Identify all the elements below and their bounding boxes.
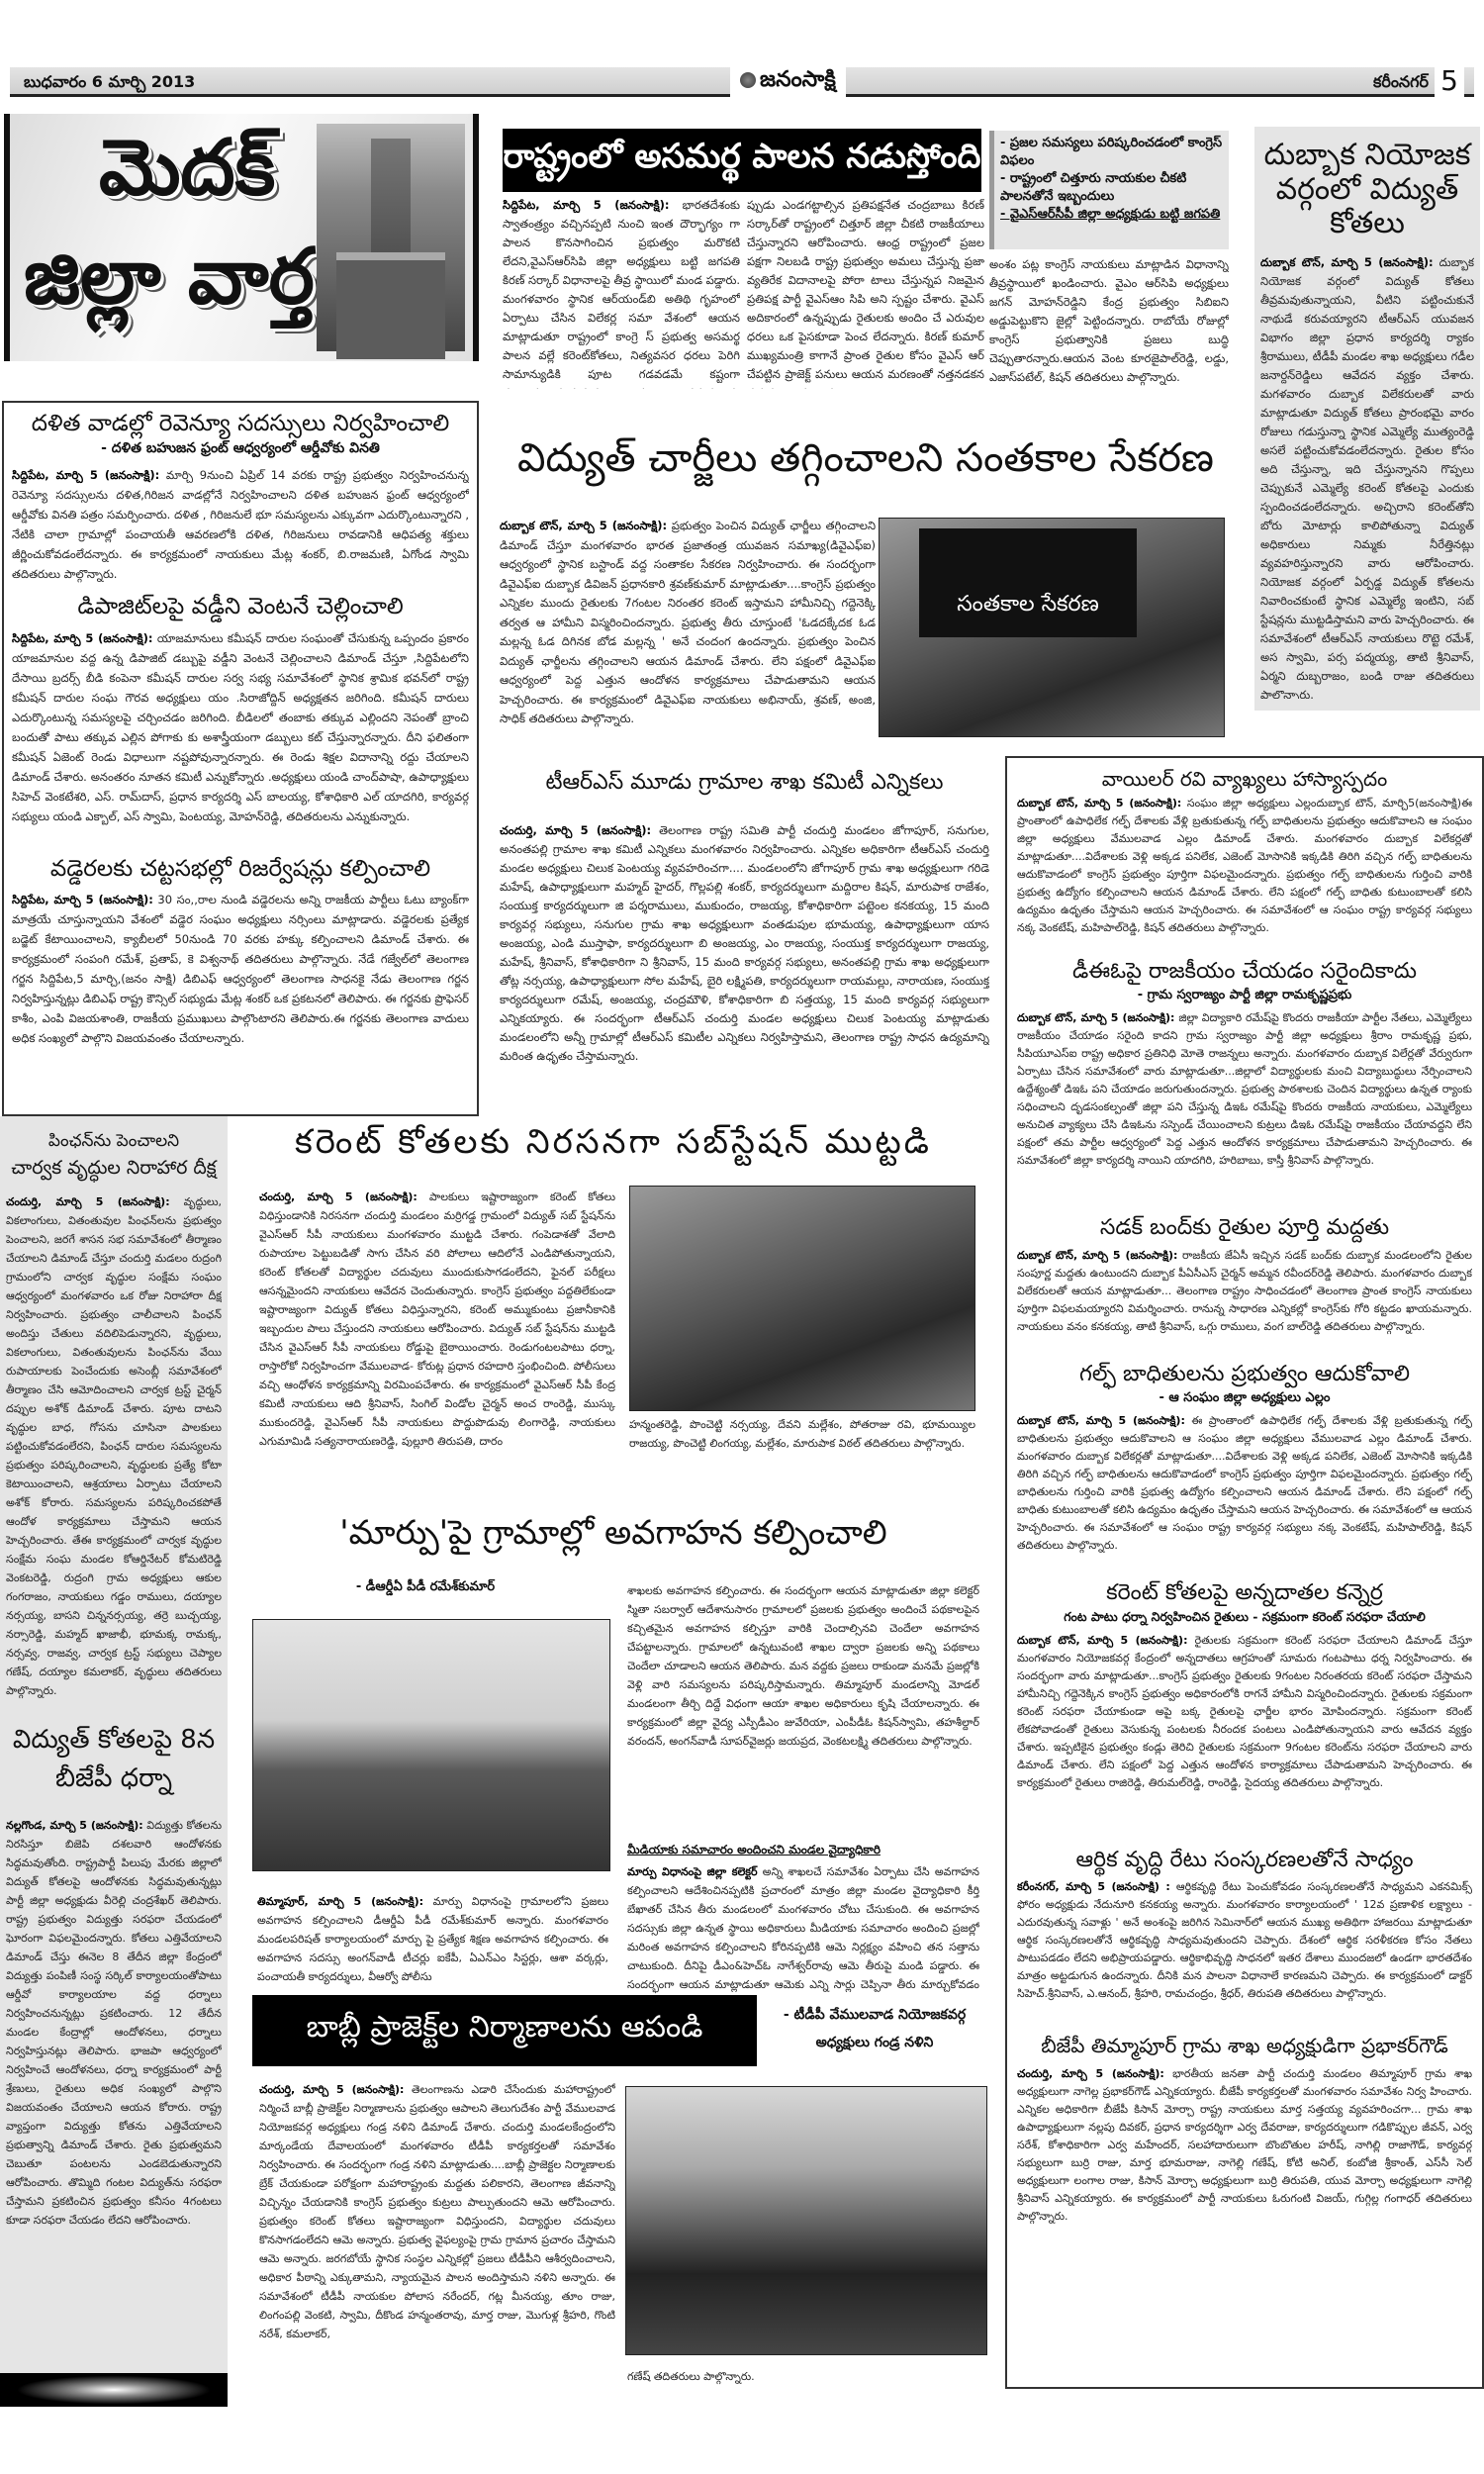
headline-a6: విద్యుత్ చార్జీలు తగ్గించాలని సంతకాల సేక… <box>500 435 1232 481</box>
headline-a5: వడ్డెరలకు చట్టసభల్లో రిజర్వేషన్లు కల్పిం… <box>12 856 469 882</box>
a18-sidebar-body: మార్పు విధానంపై జిల్లా కలెక్టర్ అన్ని శా… <box>627 1862 979 1997</box>
left-gray-column: పింఛన్‌ను పెంచాలని చార్వక వృద్ధుల నిరాహా… <box>0 1116 228 2388</box>
church-photo <box>317 124 465 351</box>
subhead-a9: - గ్రామ స్వరాజ్యం పార్టీ జిల్లా రామకృష్ణ… <box>1017 988 1472 1005</box>
headline-a11: గల్ఫ్ బాధితులను ప్రభుత్వం ఆదుకోవాలి <box>1017 1362 1472 1386</box>
a19-body: చందుర్తి, మార్చి 5 (జనంసాక్షి): తెలంగాణన… <box>259 2080 615 2387</box>
headline-a14: బీజేపీ తిమ్మాపూర్ గ్రామ శాఖ అధ్యక్షుడిగా… <box>1017 2035 1472 2057</box>
logo-flower-icon <box>740 72 756 88</box>
banner-line-1: మెదక్ <box>99 124 275 232</box>
left-box: దళిత వాడల్లో రెవెన్యూ సదస్సులు నిర్వహించ… <box>2 401 479 1116</box>
headline-a3: దళిత వాడల్లో రెవెన్యూ సదస్సులు నిర్వహించ… <box>12 411 469 436</box>
awareness-meeting-photo <box>252 1619 610 1871</box>
headline-a13: ఆర్థిక వృద్ధి రేటు సంస్కరణలతోనే సాధ్యం <box>1017 1848 1472 1872</box>
headline-a7: టీఆర్ఎస్ మూడు గ్రామాల శాఖ కమిటీ ఎన్నికలు <box>500 770 989 795</box>
a7-body: చందుర్తి, మార్చి 5 (జనంసాక్షి): తెలంగాణ … <box>500 821 989 1098</box>
issue-date: బుధవారం 6 మార్చి 2013 <box>24 72 195 95</box>
subhead-a18: - డీఆర్డీఏ పీడీ రమేశ్‌కుమార్ <box>326 1579 524 1597</box>
a1-col3: అంశం పట్ల కాంగ్రెస్ నాయకులు మాట్లాడిన వి… <box>989 255 1229 389</box>
a17-body-continued: హన్మంతరెడ్డి, పొంచెట్టి నర్సయ్య, దేవని మ… <box>629 1415 975 1475</box>
a19-body-continued: గణేష్ తదితరులు పాల్గొన్నారు. <box>627 2367 983 2389</box>
a6-body: దుబ్బాక టౌన్, మార్చి 5 (జనంసాక్షి): ప్రభ… <box>500 517 876 742</box>
newspaper-logo[interactable]: జనంసాక్షి <box>730 61 846 99</box>
subhead-a11: - ఆ సంఘం జిల్లా అధ్యక్షులు ఎల్లం <box>1017 1390 1472 1408</box>
a18-body-left: తిమ్మాపూర్, మార్చి 5 (జనంసాక్షి): మార్పు… <box>257 1892 608 1997</box>
headline-a16: విద్యుత్ కోతలపై 8న బీజేపీ ధర్నా <box>6 1721 222 1798</box>
headline-a4: డిపాజిట్‌లపై వడ్డీని వెంటనే చెల్లించాలి <box>12 594 469 619</box>
page-number: 5 <box>1435 65 1464 97</box>
decorative-gradient-bar <box>0 2373 228 2407</box>
tdp-leaders-photo <box>625 2086 987 2355</box>
headline-a19: బాబ్లీ ప్రాజెక్ట్‌ల నిర్మాణాలను ఆపండి <box>252 1995 757 2066</box>
signature-campaign-photo: సంతకాల సేకరణ <box>879 518 1225 737</box>
headline-a8: వాయిలర్ రవి వ్యాఖ్యలు హాస్యాస్పదం <box>1017 768 1472 791</box>
headline-a2: దుబ్బాక నియోజక వర్గంలో విద్యుత్ కోతలు <box>1260 139 1474 241</box>
article-a2: దుబ్బాక నియోజక వర్గంలో విద్యుత్ కోతలు దు… <box>1254 127 1480 711</box>
headline-a15: చార్వక వృద్ధుల నిరాహార దీక్ష <box>6 1158 222 1180</box>
subhead-a3: - దళిత బహుజన ఫ్రంట్ ఆధ్వర్యంలో ఆర్డీవోకు… <box>12 440 469 459</box>
edition-city: కరీంనగర్ <box>1373 72 1429 95</box>
subhead-a12: గంట పాటు ధర్నా నిర్వహించిన రైతులు - సక్ర… <box>1017 1609 1472 1628</box>
headline-a17: కరెంట్ కోతలకు నిరసనగా సబ్‌స్టేషన్ ముట్టడ… <box>242 1123 984 1162</box>
headline-a18: 'మార్పు'పై గ్రామాల్లో అవగాహన కల్పించాలి <box>242 1514 984 1553</box>
a1-bullets: - ప్రజల సమస్యలు పరిష్కరించడంలో కాంగ్రెస్… <box>989 131 1229 249</box>
a18-sidebar-title: మీడియాకు సమాచారం అందించని మండల వైద్యాధిక… <box>627 1843 979 1859</box>
right-box: వాయిలర్ రవి వ్యాఖ్యలు హాస్యాస్పదం దుబ్బా… <box>1005 756 1484 2389</box>
kicker-a15: పింఛన్‌ను పెంచాలని <box>6 1132 222 1152</box>
headline-a10: సడక్ బంద్‌కు రైతుల పూర్తి మద్దతు <box>1017 1215 1472 1240</box>
a17-body: చందుర్తి, మార్చి 5 (జనంసాక్షి): పాలకులు … <box>259 1188 615 1479</box>
a18-body-right: శాఖలకు అవగాహన కల్పించారు. ఈ సందర్భంగా ఆయ… <box>627 1581 979 1841</box>
headline-a12: కరెంట్ కోతలపై అన్నదాతల కన్నెర్ర <box>1017 1580 1472 1605</box>
headline-a1: రాష్ట్రంలో అసమర్థ పాలన నడుస్తోంది <box>503 129 981 192</box>
subhead-a19: - టీడీపీ వేములవాడ నియోజకవర్గ అధ్యక్షులు … <box>762 2001 987 2056</box>
a1-col1: సిద్దిపేట, మార్చి 5 (జనంసాక్షి): భారతదేశ… <box>503 196 740 389</box>
headline-a9: డీఈఓపై రాజకీయం చేయడం సరైందికాదు <box>1017 959 1472 984</box>
a1-col2: ప్పుడు ఎండగట్టాల్సిన ప్రతిపక్షనేత చంద్రబ… <box>747 196 984 389</box>
substation-protest-photo <box>629 1186 975 1411</box>
masthead: బుధవారం 6 మార్చి 2013 జనంసాక్షి కరీంనగర్… <box>10 67 1474 97</box>
